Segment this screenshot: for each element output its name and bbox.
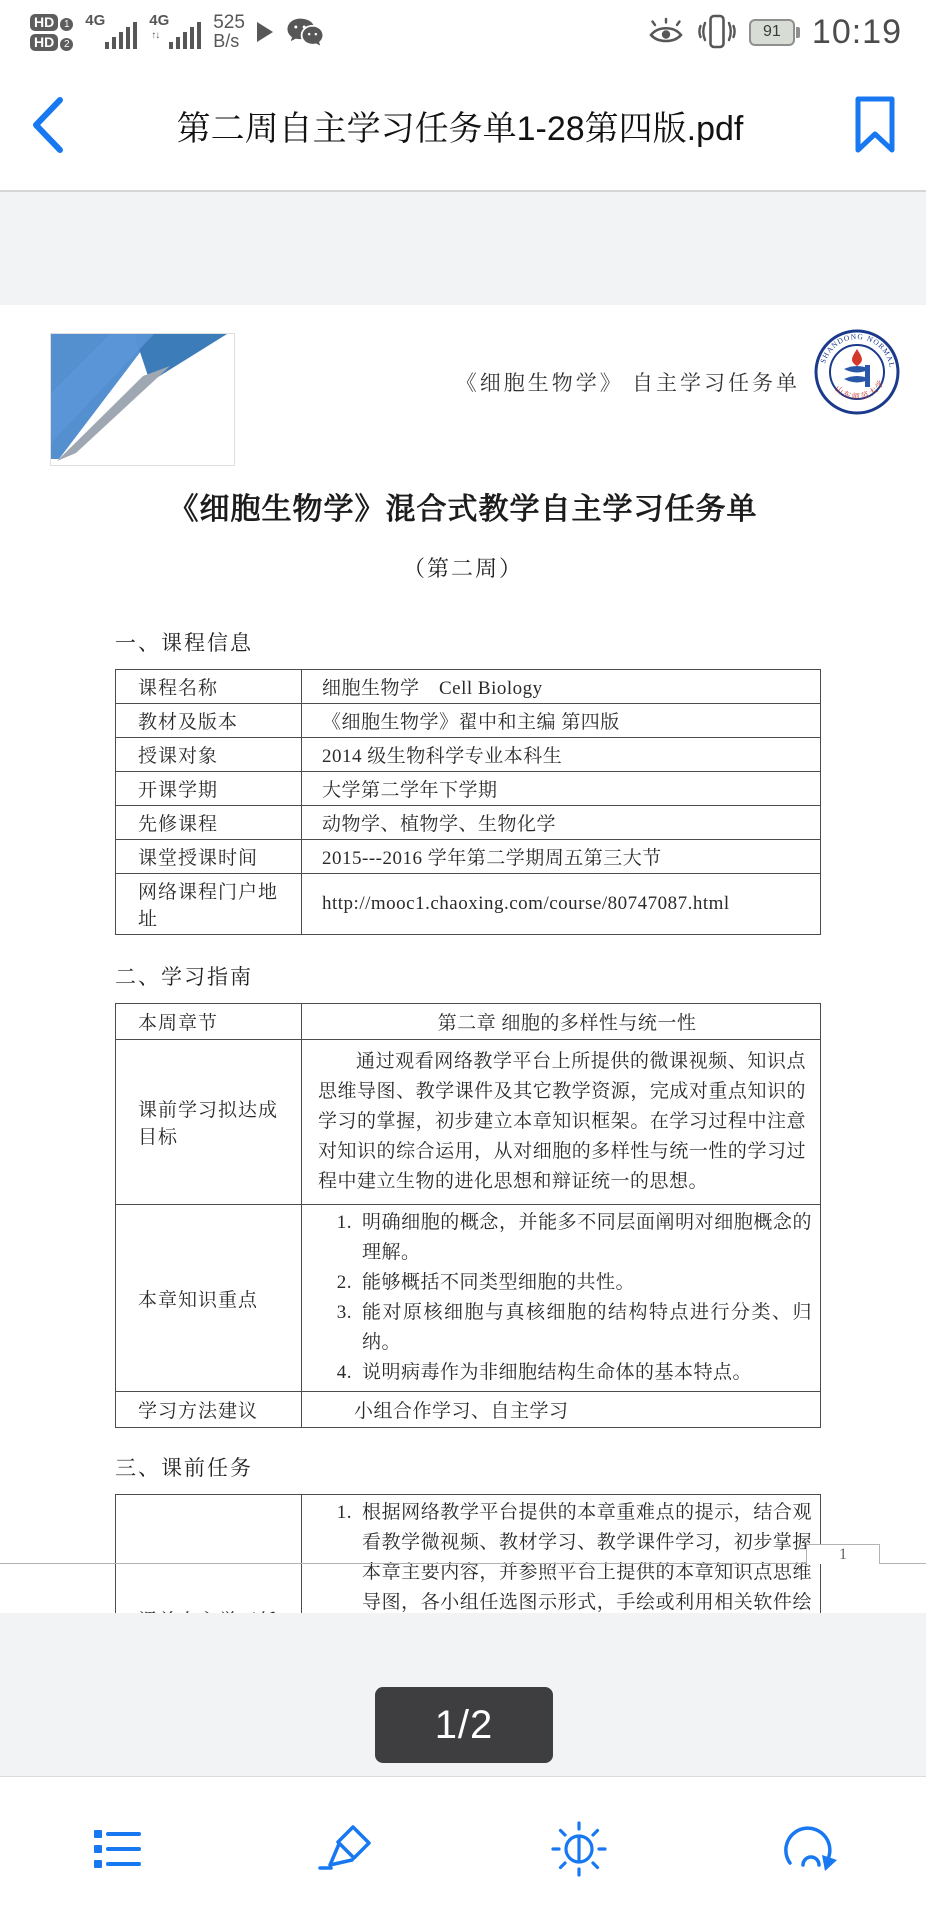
row-value: 2015---2016 学年第二学期周五第三大节 bbox=[302, 840, 821, 874]
list-item: 2.能够概括不同类型细胞的共性。 bbox=[322, 1268, 812, 1298]
brightness-icon bbox=[547, 1817, 611, 1881]
row-value: http://mooc1.chaoxing.com/course/8074708… bbox=[302, 874, 821, 935]
clock: 10:19 bbox=[812, 13, 902, 52]
list-item-text: 根据网络教学平台提供的本章重难点的提示，结合观看教学微视频、教材学习、教学课件学… bbox=[362, 1498, 812, 1613]
row-value: 大学第二学年下学期 bbox=[302, 772, 821, 806]
course-info-tbody: 课程名称细胞生物学 Cell Biology教材及版本《细胞生物学》翟中和主编 … bbox=[116, 670, 821, 935]
row-label: 课前学习拟达成目标 bbox=[116, 1040, 302, 1205]
row-value: 2014 级生物科学专业本科生 bbox=[302, 738, 821, 772]
signal-sim2-icon: 4G ↑↓ bbox=[149, 10, 201, 54]
list-item: 1.根据网络教学平台提供的本章重难点的提示，结合观看教学微视频、教材学习、教学课… bbox=[322, 1498, 812, 1613]
row-value: 第二章 细胞的多样性与统一性 bbox=[302, 1004, 821, 1040]
bookmark-icon bbox=[852, 95, 898, 155]
data-activity-icon: ↑↓ bbox=[151, 30, 159, 41]
list-item-number: 1. bbox=[322, 1208, 362, 1268]
chevron-left-icon bbox=[28, 94, 68, 156]
list-item: 1.明确细胞的概念，并能多不同层面阐明对细胞概念的理解。 bbox=[322, 1208, 812, 1268]
network-type-label: 4G bbox=[85, 12, 105, 29]
pretask-list: 1.根据网络教学平台提供的本章重难点的提示，结合观看教学微视频、教材学习、教学课… bbox=[302, 1495, 821, 1614]
table-row: 课程名称细胞生物学 Cell Biology bbox=[116, 670, 821, 704]
table-row: 课前学习拟达成目标 通过观看网络教学平台上所提供的微课视频、知识点思维导图、教学… bbox=[116, 1040, 821, 1205]
section-heading-pretask: 三、课前任务 bbox=[115, 1452, 926, 1482]
brightness-button[interactable] bbox=[463, 1777, 695, 1920]
table-row: 课前自主学习任务 1.根据网络教学平台提供的本章重难点的提示，结合观看教学微视频… bbox=[116, 1495, 821, 1614]
table-row: 授课对象2014 级生物科学专业本科生 bbox=[116, 738, 821, 772]
play-icon bbox=[257, 22, 273, 42]
highlighter-icon bbox=[315, 1817, 379, 1881]
table-row: 网络课程门户地址http://mooc1.chaoxing.com/course… bbox=[116, 874, 821, 935]
university-logo: SHANDONG NORMAL UNIVERSITY 山东师范大学 bbox=[814, 329, 900, 415]
section-heading-course-info: 一、课程信息 bbox=[115, 627, 926, 657]
list-item-number: 4. bbox=[322, 1358, 362, 1388]
bottom-toolbar bbox=[0, 1776, 926, 1920]
row-label: 课前自主学习任务 bbox=[116, 1495, 302, 1614]
table-row: 本章知识重点 1.明确细胞的概念，并能多不同层面阐明对细胞概念的理解。2.能够概… bbox=[116, 1205, 821, 1392]
list-item-text: 明确细胞的概念，并能多不同层面阐明对细胞概念的理解。 bbox=[362, 1208, 812, 1268]
annotate-button[interactable] bbox=[232, 1777, 464, 1920]
points-list: 1.明确细胞的概念，并能多不同层面阐明对细胞概念的理解。2.能够概括不同类型细胞… bbox=[302, 1205, 821, 1392]
row-label: 学习方法建议 bbox=[116, 1392, 302, 1428]
back-button[interactable] bbox=[28, 94, 68, 156]
doc-header-label: 《细胞生物学》 自主学习任务单 bbox=[456, 367, 800, 397]
list-item-number: 3. bbox=[322, 1298, 362, 1358]
speed-unit: B/s bbox=[213, 32, 239, 51]
outline-button[interactable] bbox=[0, 1777, 232, 1920]
outline-list-icon bbox=[84, 1817, 148, 1881]
row-label: 课程名称 bbox=[116, 670, 302, 704]
doc-subtitle: （第二周） bbox=[0, 552, 926, 583]
eye-comfort-icon bbox=[647, 17, 685, 47]
list-item-text: 能对原核细胞与真核细胞的结构特点进行分类、归纳。 bbox=[362, 1298, 812, 1358]
sim2-number: 2 bbox=[60, 38, 73, 51]
row-label: 教材及版本 bbox=[116, 704, 302, 738]
pdf-viewer[interactable]: 《细胞生物学》 自主学习任务单 SHANDONG NORMAL UNIVERSI… bbox=[0, 192, 926, 1776]
battery-icon: 91 bbox=[749, 19, 800, 46]
battery-percent: 91 bbox=[749, 19, 795, 46]
row-value: 动物学、植物学、生物化学 bbox=[302, 806, 821, 840]
doc-title: 《细胞生物学》混合式教学自主学习任务单 bbox=[0, 484, 926, 528]
list-item: 3.能对原核细胞与真核细胞的结构特点进行分类、归纳。 bbox=[322, 1298, 812, 1358]
hd-sim2-icon: HD bbox=[30, 34, 58, 51]
signal-bars-icon bbox=[105, 22, 137, 50]
hd-sim1-icon: HD bbox=[30, 14, 58, 31]
table-row: 本周章节 第二章 细胞的多样性与统一性 bbox=[116, 1004, 821, 1040]
title-bar: 第二周自主学习任务单1-28第四版.pdf bbox=[0, 60, 926, 192]
signal-sim1-icon: 4G bbox=[85, 10, 137, 54]
list-item: 4.说明病毒作为非细胞结构生命体的基本特点。 bbox=[322, 1358, 812, 1388]
speed-value: 525 bbox=[213, 13, 245, 32]
row-label: 本周章节 bbox=[116, 1004, 302, 1040]
row-label: 本章知识重点 bbox=[116, 1205, 302, 1392]
wechat-icon bbox=[285, 15, 325, 49]
battery-nub bbox=[796, 27, 800, 38]
page-header: 《细胞生物学》 自主学习任务单 SHANDONG NORMAL UNIVERSI… bbox=[0, 305, 926, 470]
sim1-number: 1 bbox=[60, 18, 73, 31]
row-label: 授课对象 bbox=[116, 738, 302, 772]
row-value: 小组合作学习、自主学习 bbox=[302, 1392, 821, 1428]
row-value: 通过观看网络教学平台上所提供的微课视频、知识点思维导图、教学课件及其它教学资源，… bbox=[302, 1040, 821, 1205]
bookmark-button[interactable] bbox=[852, 95, 898, 155]
row-label: 先修课程 bbox=[116, 806, 302, 840]
rotate-icon bbox=[778, 1817, 842, 1881]
list-item-number: 1. bbox=[322, 1498, 362, 1613]
row-value: 细胞生物学 Cell Biology bbox=[302, 670, 821, 704]
page-footer-rule: 1 bbox=[0, 1563, 926, 1564]
pdf-page-1: 《细胞生物学》 自主学习任务单 SHANDONG NORMAL UNIVERSI… bbox=[0, 305, 926, 1613]
status-bar: HD 1 HD 2 4G 4G ↑↓ bbox=[0, 0, 926, 60]
study-guide-table: 本周章节 第二章 细胞的多样性与统一性 课前学习拟达成目标 通过观看网络教学平台… bbox=[115, 1003, 821, 1428]
vibrate-icon bbox=[697, 13, 737, 51]
list-item-text: 说明病毒作为非细胞结构生命体的基本特点。 bbox=[362, 1358, 812, 1388]
page-number-tab: 1 bbox=[806, 1544, 880, 1564]
page-indicator-toast: 1/2 bbox=[375, 1687, 553, 1763]
row-value: 《细胞生物学》翟中和主编 第四版 bbox=[302, 704, 821, 738]
file-title: 第二周自主学习任务单1-28第四版.pdf bbox=[68, 101, 852, 150]
table-row: 教材及版本《细胞生物学》翟中和主编 第四版 bbox=[116, 704, 821, 738]
row-label: 开课学期 bbox=[116, 772, 302, 806]
rotate-button[interactable] bbox=[695, 1777, 926, 1920]
table-row: 课堂授课时间2015---2016 学年第二学期周五第三大节 bbox=[116, 840, 821, 874]
course-info-table: 课程名称细胞生物学 Cell Biology教材及版本《细胞生物学》翟中和主编 … bbox=[115, 669, 821, 935]
corner-decoration-image bbox=[50, 333, 235, 466]
row-label: 课堂授课时间 bbox=[116, 840, 302, 874]
table-row: 先修课程动物学、植物学、生物化学 bbox=[116, 806, 821, 840]
pretask-table: 课前自主学习任务 1.根据网络教学平台提供的本章重难点的提示，结合观看教学微视频… bbox=[115, 1494, 821, 1613]
network-type-label: 4G bbox=[149, 12, 169, 29]
table-row: 学习方法建议 小组合作学习、自主学习 bbox=[116, 1392, 821, 1428]
hd-voice-icons: HD 1 HD 2 bbox=[30, 14, 73, 51]
table-row: 开课学期大学第二学年下学期 bbox=[116, 772, 821, 806]
section-heading-study-guide: 二、学习指南 bbox=[115, 961, 926, 991]
signal-bars-icon bbox=[169, 22, 201, 50]
list-item-text: 能够概括不同类型细胞的共性。 bbox=[362, 1268, 812, 1298]
row-label: 网络课程门户地址 bbox=[116, 874, 302, 935]
list-item-number: 2. bbox=[322, 1268, 362, 1298]
network-speed: 525 B/s bbox=[213, 13, 245, 51]
